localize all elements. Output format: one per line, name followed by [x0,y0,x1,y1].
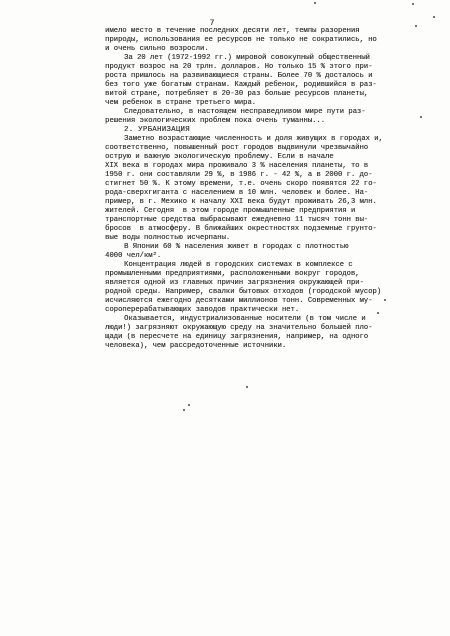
scan-speck [420,116,422,118]
text-line: 1950 г. они составляли 29 %, в 1986 г. -… [105,171,387,180]
text-line: пример, в г. Мехико к началу XXI века бу… [105,198,387,207]
text-line: имело место в течение последних десяти л… [105,27,387,36]
text-line: острую и важную экологическую проблему. … [105,153,387,162]
text-block: имело место в течение последних десяти л… [105,27,387,351]
scan-speck [412,3,414,5]
text-line: Концентрация людей в городских системах … [105,261,387,270]
text-line: человека), чем рассредоточенные источник… [105,342,387,351]
text-line: является одной из главных причин загрязн… [105,279,387,288]
text-line: без того уже богатым странам. Каждый реб… [105,81,387,90]
scan-speck [433,16,435,18]
text-line: решения экологических проблем пока очень… [105,117,387,126]
text-line: природы, использования ее ресурсов не то… [105,36,387,45]
text-line: Заметно возрастающие численность и доля … [105,135,387,144]
text-line: В Японии 60 % населения живет в городах … [105,243,387,252]
text-line: 4000 чел/км². [105,252,387,261]
scan-speck [188,404,190,406]
text-line: чем ребенок в стране третьего мира. [105,99,387,108]
scan-speck [246,386,248,388]
scan-speck [377,312,379,314]
text-line: родной среды. Например, свалки бытовых о… [105,288,387,297]
scan-speck [183,409,185,411]
text-line: транспортные средства выбрасывают ежедне… [105,216,387,225]
text-line: Оказывается, индустриализованные носител… [105,315,387,324]
text-line: За 20 лет (1972-1992 гг.) мировой совоку… [105,54,387,63]
text-line: промышленными предприятиями, расположенн… [105,270,387,279]
text-line: продукт возрос на 20 трлн. долларов. Но … [105,63,387,72]
text-line: и очень сильно возросли. [105,45,387,54]
text-line: XIX века в городах мира проживало 3 % на… [105,162,387,171]
text-line: Следовательно, в настоящем несправедливо… [105,108,387,117]
text-line: сороперерабатывающих заводов практически… [105,306,387,315]
text-line: витой стране, потребляет в 20-30 раз бол… [105,90,387,99]
text-line: соответственно, повышенный рост городов … [105,144,387,153]
text-line: роста пришлось на развивающиеся страны. … [105,72,387,81]
section-heading: 2. УРБАНИЗАЦИЯ [105,126,387,135]
text-line: исчисляются ежегодно десятками миллионов… [105,297,387,306]
scan-speck [415,25,417,27]
text-line: вые воды полностью исчерпаны. [105,234,387,243]
text-line: бросов в атмосферу. В ближайших окрестно… [105,225,387,234]
text-line: люди!) загрязняют окружающую среду на зн… [105,324,387,333]
text-line: жителей. Сегодня в этом городе промышлен… [105,207,387,216]
scan-speck [384,299,386,301]
scan-speck [314,2,316,4]
text-line: щади (в пересчете на единицу загрязнения… [105,333,387,342]
text-line: стигнет 50 %. К этому времени, т.е. очен… [105,180,387,189]
scanned-page: 7 имело место в течение последних десяти… [0,0,450,636]
text-line: рода-сверхгиганта с населением в 10 млн.… [105,189,387,198]
